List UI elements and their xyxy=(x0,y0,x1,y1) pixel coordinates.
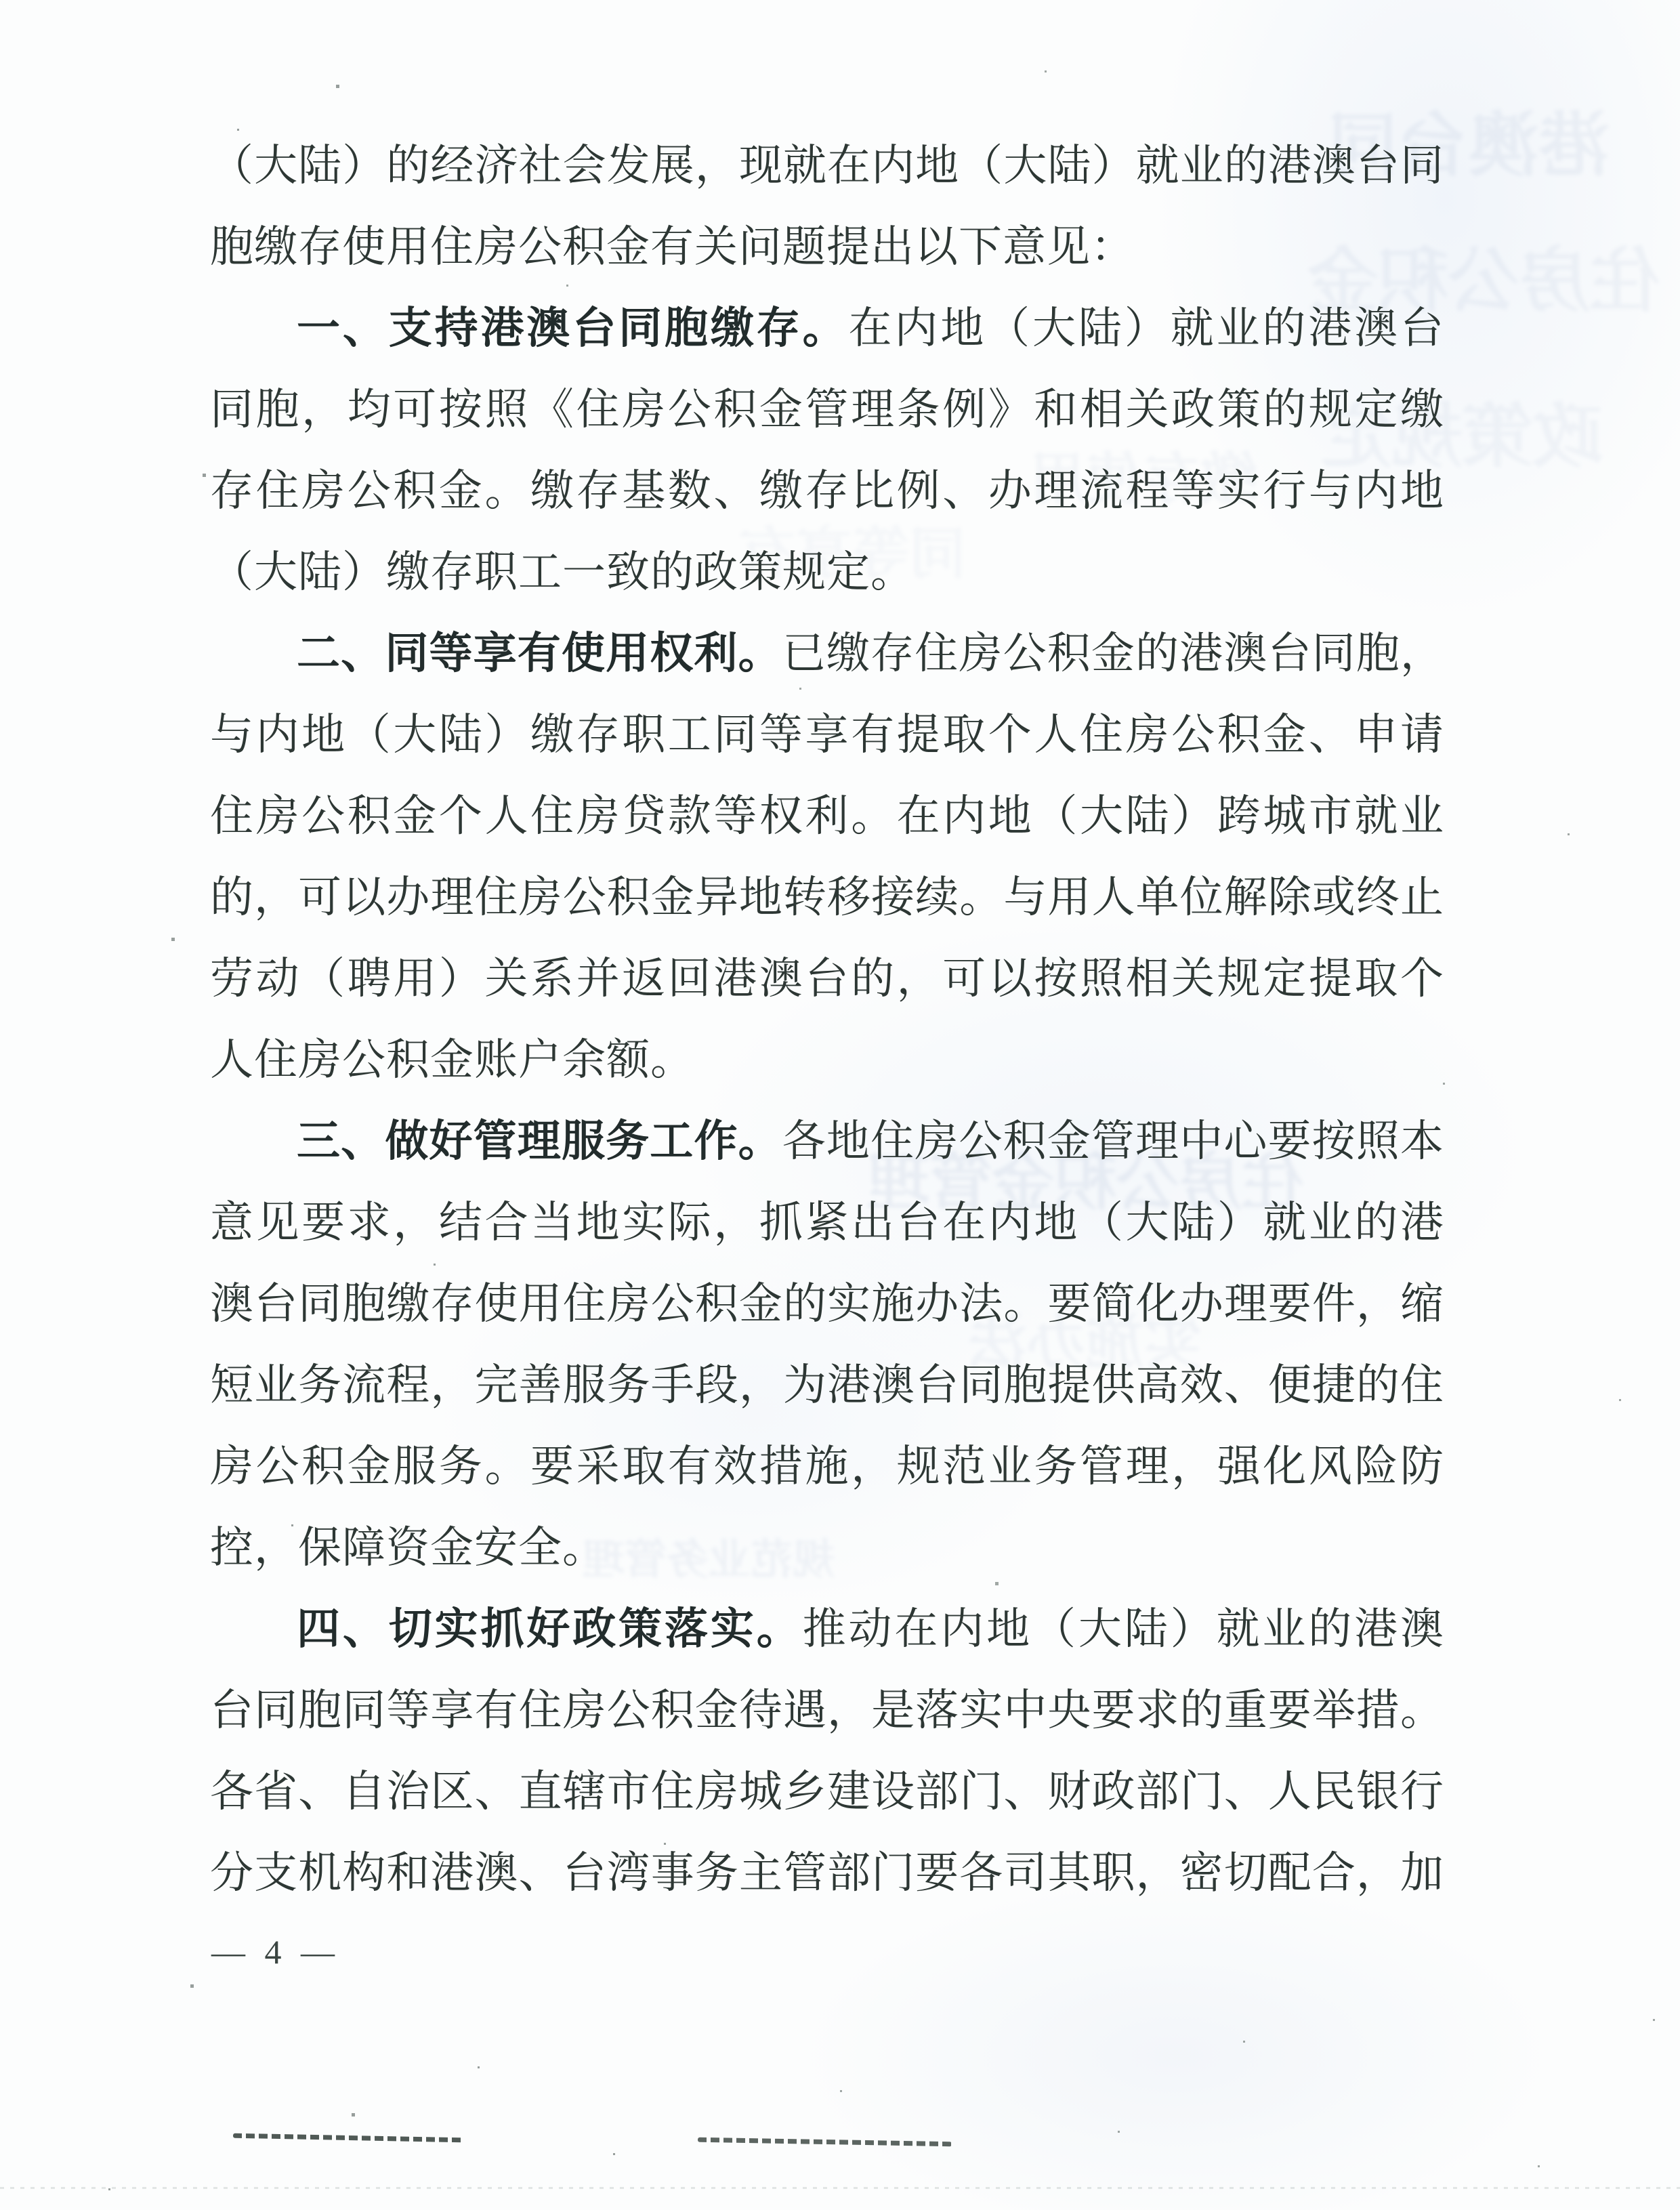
text-line: 短业务流程，完善服务手段，为港澳台同胞提供高效、便捷的住 xyxy=(210,1345,1444,1426)
section-heading: 二、同等享有使用权利。 xyxy=(297,629,782,677)
scan-artifact-line xyxy=(698,2138,952,2147)
text-line: 劳动（聘用）关系并返回港澳台的，可以按照相关规定提取个 xyxy=(210,938,1444,1020)
scan-artifact-dotted-line xyxy=(0,2187,1680,2189)
text-line: 各省、自治区、直辖市住房城乡建设部门、财政部门、人民银行 xyxy=(210,1751,1444,1833)
text-line: 人住房公积金账户余额。 xyxy=(210,1020,1444,1101)
text-line: 一、支持港澳台同胞缴存。在内地（大陆）就业的港澳台 xyxy=(210,288,1444,369)
text-line: 意见要求，结合当地实际，抓紧出台在内地（大陆）就业的港 xyxy=(210,1182,1444,1264)
section-heading: 四、切实抓好政策落实。 xyxy=(297,1605,803,1653)
text-line: 的，可以办理住房公积金异地转移接续。与用人单位解除或终止 xyxy=(210,857,1444,938)
section-heading: 三、做好管理服务工作。 xyxy=(297,1117,782,1165)
text-line: 存住房公积金。缴存基数、缴存比例、办理流程等实行与内地 xyxy=(210,451,1444,532)
text-line: 三、做好管理服务工作。各地住房公积金管理中心要按照本 xyxy=(210,1101,1444,1182)
text-line: 澳台同胞缴存使用住房公积金的实施办法。要简化办理要件，缩 xyxy=(210,1264,1444,1345)
section-heading: 一、支持港澳台同胞缴存。 xyxy=(297,304,849,352)
text-line: 胞缴存使用住房公积金有关问题提出以下意见： xyxy=(210,207,1444,288)
text-line: 与内地（大陆）缴存职工同等享有提取个人住房公积金、申请 xyxy=(210,694,1444,776)
document-body: （大陆）的经济社会发展，现就在内地（大陆）就业的港澳台同 胞缴存使用住房公积金有… xyxy=(210,125,1444,1914)
scanned-page: 港澳台同 住房公积金 政策规定 缴存使用 住房公积金管理 实施办法 规范业务管理… xyxy=(0,0,1680,2210)
page-number: — 4 — xyxy=(211,1932,340,1972)
scan-noise xyxy=(0,0,2,2)
text-line: 住房公积金个人住房贷款等权利。在内地（大陆）跨城市就业 xyxy=(210,776,1444,857)
text-line: 台同胞同等享有住房公积金待遇，是落实中央要求的重要举措。 xyxy=(210,1670,1444,1751)
text-line: 同胞，均可按照《住房公积金管理条例》和相关政策的规定缴 xyxy=(210,369,1444,451)
text-line: 控，保障资金安全。 xyxy=(210,1507,1444,1589)
text-line: （大陆）缴存职工一致的政策规定。 xyxy=(210,532,1444,613)
text-line: 四、切实抓好政策落实。推动在内地（大陆）就业的港澳 xyxy=(210,1589,1444,1670)
text-line: 分支机构和港澳、台湾事务主管部门要各司其职，密切配合，加 xyxy=(210,1833,1444,1914)
scan-artifact-line xyxy=(233,2133,464,2143)
text-line: （大陆）的经济社会发展，现就在内地（大陆）就业的港澳台同 xyxy=(210,125,1444,207)
text-line: 二、同等享有使用权利。已缴存住房公积金的港澳台同胞， xyxy=(210,613,1444,694)
text-line: 房公积金服务。要采取有效措施，规范业务管理，强化风险防 xyxy=(210,1426,1444,1507)
